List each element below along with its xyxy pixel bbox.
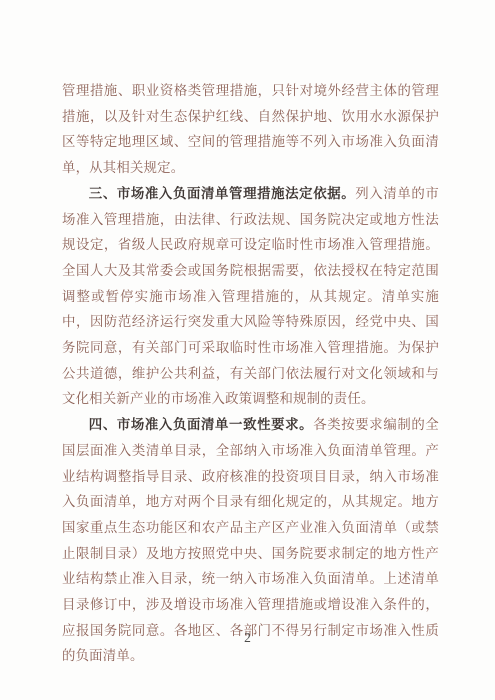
paragraph-text: 列入清单的市场准入管理措施，由法律、行政法规、国务院决定或地方性法规设定，省级人… [62,186,439,407]
document-page: 管理措施、职业资格类管理措施，只针对境外经营主体的管理措施，以及针对生态保护红线… [0,0,495,700]
document-body: 管理措施、职业资格类管理措施，只针对境外经营主体的管理措施，以及针对生态保护红线… [62,78,439,669]
section-heading: 三、市场准入负面清单管理措施法定依据。 [89,186,355,201]
paragraph-text: 各类按要求编制的全国层面准入类清单目录，全部纳入市场准入负面清单管理。产业结构调… [62,417,439,663]
paragraph-text: 管理措施、职业资格类管理措施，只针对境外经营主体的管理措施，以及针对生态保护红线… [62,83,439,175]
section-heading: 四、市场准入负面清单一致性要求。 [89,417,313,432]
paragraph: 三、市场准入负面清单管理措施法定依据。列入清单的市场准入管理措施，由法律、行政法… [62,181,439,412]
paragraph: 管理措施、职业资格类管理措施，只针对境外经营主体的管理措施，以及针对生态保护红线… [62,78,439,181]
page-number: 2 [0,630,495,646]
